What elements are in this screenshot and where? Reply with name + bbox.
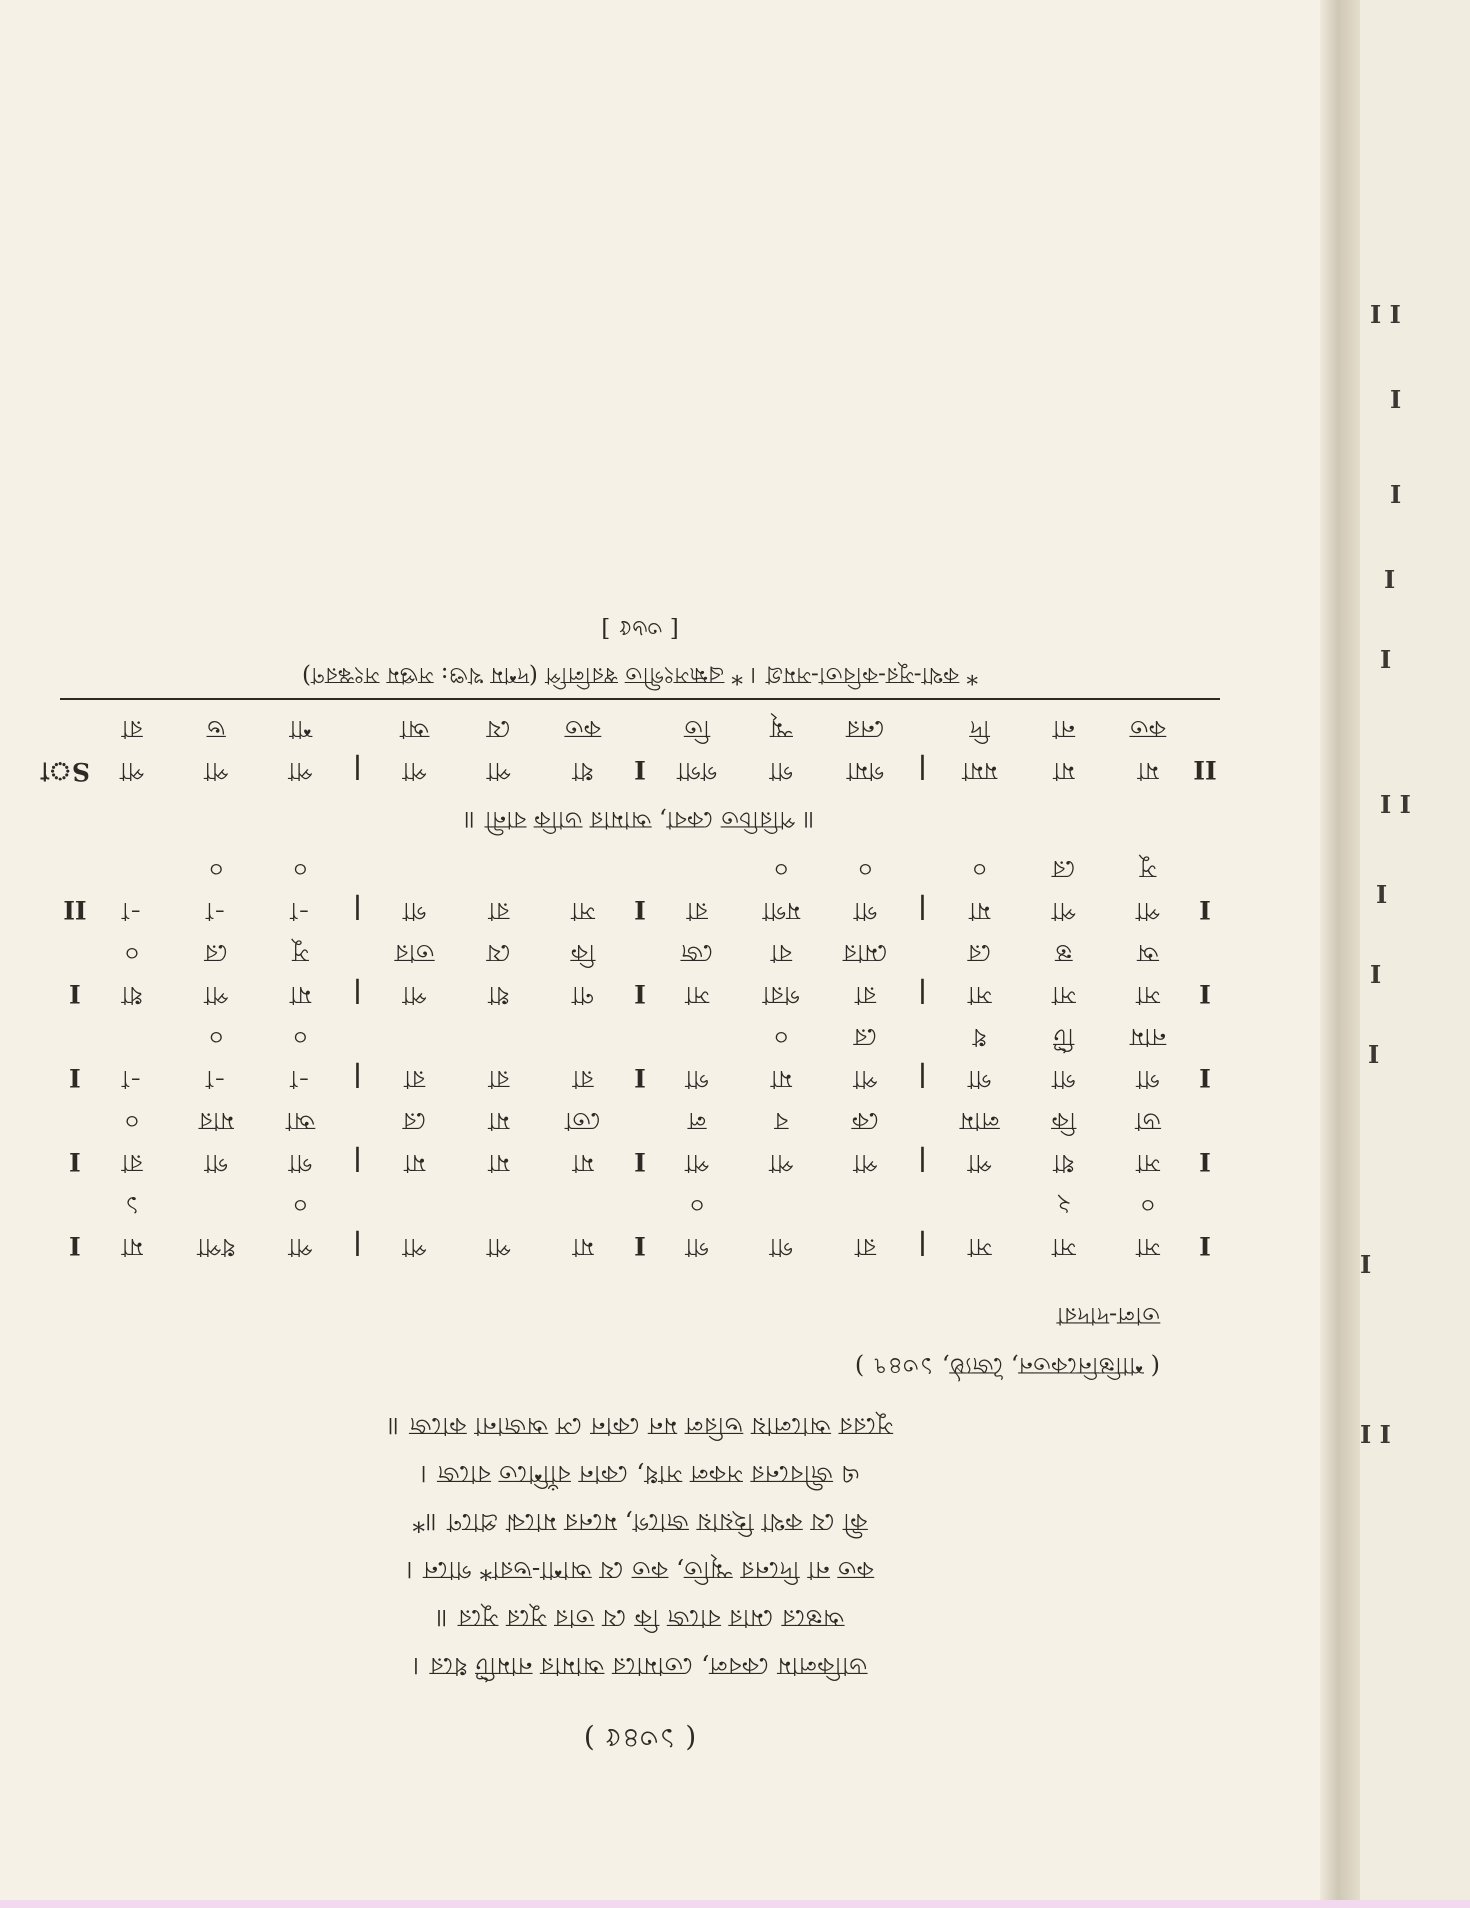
lyric-line: এ জীবনের সকল সাধ, কোন বাঁশিতে বাজে । [60,1450,1220,1498]
swara-row: IIমামামমা|গমাগাগগাIধাপাপা|পাপাপাSা [60,748,1220,792]
lyric-syllable-row: অন্তরেমোরবাজেকিযেতারসুরে০ [60,932,1220,972]
place-date: ( শান্তিনিকেতন, জ্যৈষ্ঠ, ১৩৪৭ ) [60,1344,1160,1384]
bar-mark: I I [1370,300,1401,329]
lyric-syllable-row: ০২০০১ [60,1184,1220,1224]
swara-row: Iসাসাসা|রাগরাসাIণাধাপা|মাপাধাI [60,972,1220,1016]
adjacent-page: I I I I I I I I I I I I I I [1360,0,1470,1900]
lyric-line: অন্তরে মোর বাজে কি যে তার সুরে সুরে ॥ [60,1594,1220,1642]
swara-row: Iসাধাপা|পাপাপাIমামামা|গাগারাI [60,1140,1220,1184]
bar-mark: I [1360,1250,1371,1279]
book-gutter [1320,0,1360,1900]
lyric-syllable-row: কতনাদিনেরস্মৃতিকতযেআশাভরা [60,708,1220,748]
bar-mark: I [1390,385,1401,414]
lyric-syllable-row: নামটিধরে০০০ [60,1016,1220,1056]
scanned-page: ( ১৩৪৫ ) ডাকিলাম কেবল, তোমারে আমার নামটি… [0,0,1330,1900]
rotated-content: ( ১৩৪৫ ) ডাকিলাম কেবল, তোমারে আমার নামটি… [60,140,1220,1760]
notation-block: Iসাসাসা|রাগাগাIমাপাপা|পাধপামাI ০২০০১ Iসা… [60,708,1220,1268]
lyric-line: কত না দিনের স্মৃতি, কত যে আশা-ভরা* গানে … [60,1546,1220,1594]
bar-mark: I [1384,565,1395,594]
bar-mark: I [1380,645,1391,674]
page-number-top: ( ১৩৪৫ ) [60,1713,1220,1760]
raga-tala-heading: তাল-দাদরা [60,1294,1160,1334]
bar-mark: I [1370,960,1381,989]
lyric-line: সুরের আলোয় ভরিল মন কোন সে অজানা কাজে ॥ [60,1402,1220,1450]
lyric-syllable-row: ডাকিলামকেবলতোমারেআমার০ [60,1100,1220,1140]
running-header: * কথা-সুর-কবিতা-সমগ্র । * ব্রহ্মসংগীত স্… [60,655,1220,694]
lyric-line: কী যে কথা হিয়ায় জাগে, মনের মাঝে প্রাণে… [60,1498,1220,1546]
page-number-bracket: [ ৩৬৫ ] [60,608,1220,647]
lyric-syllable-row: সুরে০০০০০ [60,848,1220,888]
content-block: ডাকিলাম কেবল, তোমারে আমার নামটি ধরে । অন… [60,608,1220,1690]
bar-mark: I [1390,480,1401,509]
lyric-line: ডাকিলাম কেবল, তোমারে আমার নামটি ধরে । [60,1642,1220,1690]
swara-row: Iপাপামা|গামগারাIসারাগা|-া-া-াII [60,888,1220,932]
swara-row: Iসাসাসা|রাগাগাIমাপাপা|পাধপামাI [60,1224,1220,1268]
bar-mark: I [1368,1040,1379,1069]
bar-mark: I I [1380,790,1411,819]
bar-mark: I [1376,880,1387,909]
refrain-line: ॥ পরিচিত কেবা, আমার ডাকি বানী ॥ [60,798,1220,838]
bar-mark: I I [1360,1420,1391,1449]
header-rule [60,698,1220,700]
scan-edge [0,1900,1470,1908]
swara-row: Iগাগাগা|পামাগাIরারারা|-া-া-াI [60,1056,1220,1100]
